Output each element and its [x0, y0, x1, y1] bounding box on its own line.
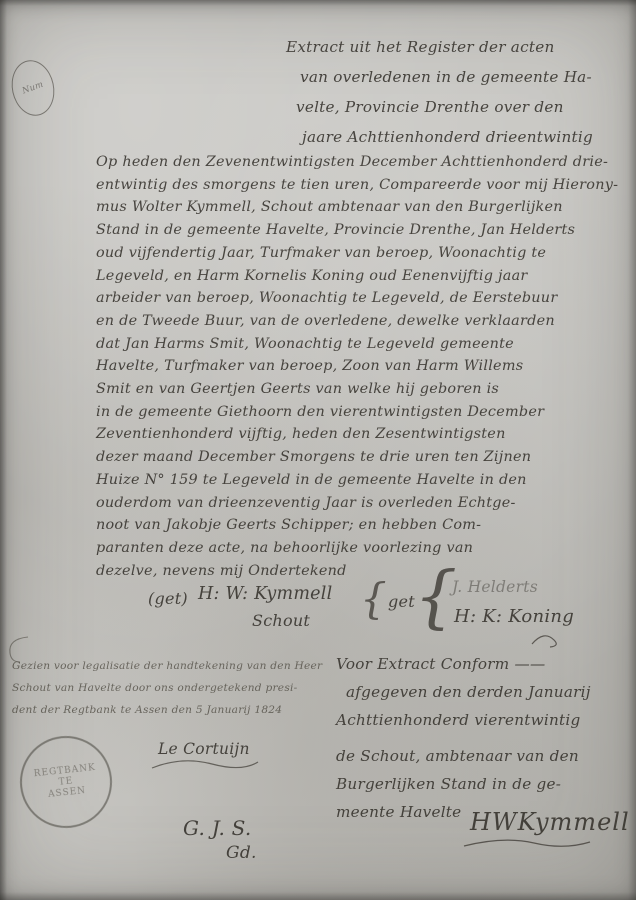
body-line: dezer maand December Smorgens te drie ur…	[96, 446, 618, 469]
body-line: oud vijfendertig Jaar, Turfmaker van ber…	[96, 242, 618, 265]
legalisation-line: Schout van Havelte door ons ondergeteken…	[12, 677, 322, 699]
extract-line: Voor Extract Conform ——	[336, 650, 591, 678]
flourish-icon	[150, 758, 260, 776]
body-line: Huize N° 159 te Legeveld in de gemeente …	[96, 469, 618, 492]
signature-kymmell-main: HWKymmell	[470, 808, 630, 836]
header-line: velte, Provincie Drenthe over den	[286, 92, 593, 122]
closing-line: de Schout, ambtenaar van den	[336, 742, 579, 770]
body-line: mus Wolter Kymmell, Schout ambtenaar van…	[96, 196, 618, 219]
circled-note-text: Num	[21, 80, 45, 97]
signed-abbreviation-middle: get	[388, 592, 415, 611]
body-line: paranten deze acte, na behoorlijke voorl…	[96, 537, 618, 560]
signature-heldert: J. Helderts	[452, 578, 538, 596]
signature-president: Le Cortuijn	[158, 740, 250, 758]
signature-koning: H: K: Koning	[454, 606, 574, 627]
body-line: Legeveld, en Harm Kornelis Koning oud Ee…	[96, 265, 618, 288]
header-line: van overledenen in de gemeente Ha-	[286, 62, 593, 92]
body-line: entwintig des smorgens te tien uren, Com…	[96, 174, 618, 197]
extract-line: Achttienhonderd vierentwintig	[336, 706, 591, 734]
header-line: Extract uit het Register der acten	[286, 32, 593, 62]
circled-pencil-annotation: Num	[7, 56, 60, 120]
body-line: dezelve, nevens mij Ondertekend	[96, 560, 618, 583]
brace-icon: {	[414, 558, 458, 637]
body-line: Havelte, Turfmaker van beroep, Zoon van …	[96, 355, 618, 378]
document-body: Op heden den Zevenentwintigsten December…	[96, 151, 618, 582]
signature-kymmell-get: H: W: Kymmell	[198, 584, 332, 604]
body-line: noot van Jakobje Geerts Schipper; en heb…	[96, 514, 618, 537]
legalisation-line: dent der Regtbank te Assen den 5 Januari…	[12, 699, 322, 721]
body-line: Stand in de gemeente Havelte, Provincie …	[96, 219, 618, 242]
flourish-icon	[530, 632, 570, 648]
brace-icon: {	[360, 574, 387, 623]
body-line: arbeider van beroep, Woonachtig te Legev…	[96, 287, 618, 310]
court-stamp: Regtbank te Assen	[15, 731, 116, 832]
clerk-initials: G. J. S.	[183, 816, 252, 840]
signed-abbreviation: (get)	[148, 589, 188, 608]
clerk-initials-second: Gd.	[226, 843, 257, 863]
body-line: ouderdom van drieenzeventig Jaar is over…	[96, 492, 618, 515]
body-line: in de gemeente Giethoorn den vierentwint…	[96, 401, 618, 424]
extract-conform-block: Voor Extract Conform —— afgegeven den de…	[336, 650, 591, 734]
document-scan: Num Extract uit het Register der acten v…	[0, 0, 636, 900]
body-line: Op heden den Zevenentwintigsten December…	[96, 151, 618, 174]
document-header: Extract uit het Register der acten van o…	[286, 32, 593, 152]
stamp-line: te	[58, 776, 74, 787]
body-line: Zeventienhonderd vijftig, heden den Zese…	[96, 423, 618, 446]
stamp-line: Assen	[48, 786, 87, 800]
closing-line: Burgerlijken Stand in de ge-	[336, 770, 579, 798]
flourish-icon	[462, 838, 592, 852]
legalisation-note: Gezien voor legalisatie der handtekening…	[12, 655, 322, 721]
header-line: jaare Achttienhonderd drieentwintig	[286, 122, 593, 152]
signature-kymmell-title: Schout	[252, 611, 310, 630]
body-line: en de Tweede Buur, van de overledene, de…	[96, 310, 618, 333]
extract-line: afgegeven den derden Januarij	[336, 678, 591, 706]
body-line: Smit en van Geertjen Geerts van welke hi…	[96, 378, 618, 401]
legalisation-line: Gezien voor legalisatie der handtekening…	[12, 655, 322, 677]
body-line: dat Jan Harms Smit, Woonachtig te Legeve…	[96, 333, 618, 356]
